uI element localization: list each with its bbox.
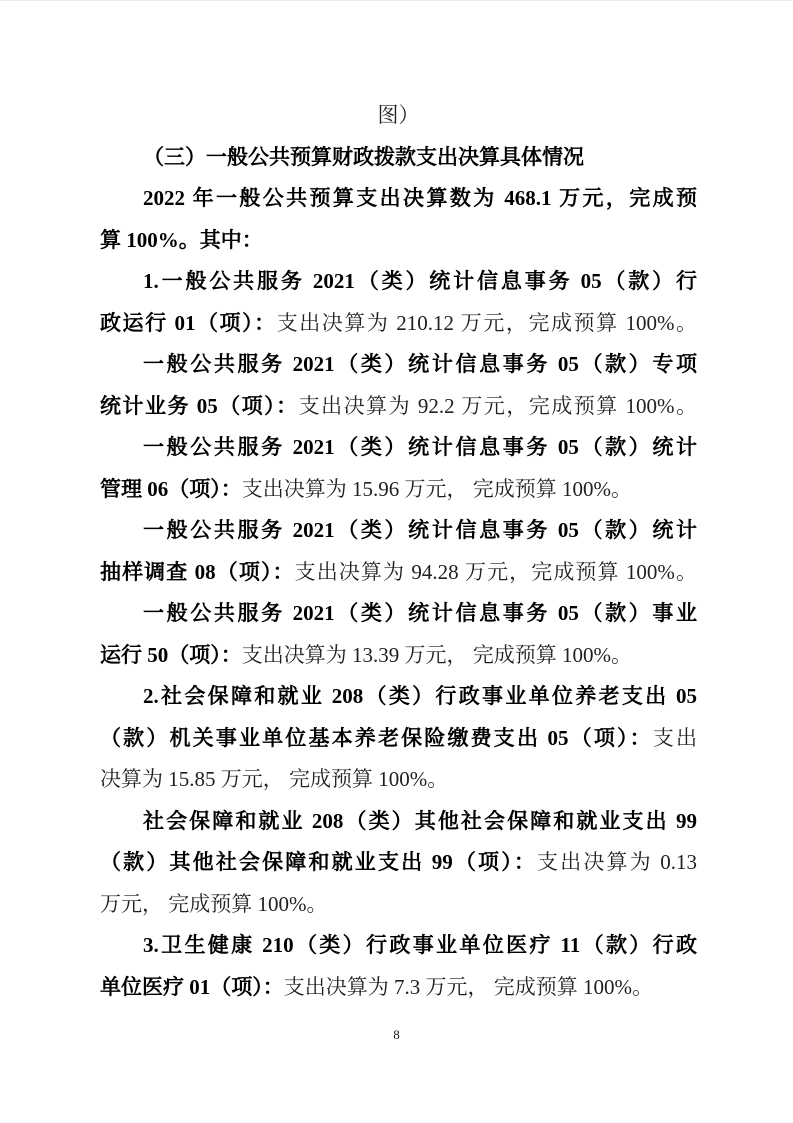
- document-line: （款）其他社会保障和就业支出 99（项）：支出决算为 0.13: [100, 842, 697, 884]
- document-line: 一般公共服务 2021（类）统计信息事务 05（款）事业: [100, 593, 697, 635]
- document-line: 2022 年一般公共预算支出决算数为 468.1 万元，完成预: [100, 178, 697, 220]
- text-segment: 统计业务 05（项）：: [100, 394, 299, 418]
- text-segment: 运行 50（项）：: [100, 643, 242, 667]
- page-number: 8: [0, 1025, 793, 1045]
- document-line: （三）一般公共预算财政拨款支出决算具体情况: [100, 137, 697, 179]
- text-segment: 管理 06（项）：: [100, 477, 242, 501]
- document-line: 统计业务 05（项）：支出决算为 92.2 万元，完成预算 100%。: [100, 386, 697, 428]
- document-line: 一般公共服务 2021（类）统计信息事务 05（款）专项: [100, 344, 697, 386]
- document-line: 决算为 15.85 万元， 完成预算 100%。: [100, 759, 697, 801]
- text-segment: 3.卫生健康 210（类）行政事业单位医疗 11（款）行政: [143, 933, 697, 957]
- text-segment: 支出: [653, 726, 697, 750]
- document-line: 运行 50（项）：支出决算为 13.39 万元， 完成预算 100%。: [100, 635, 697, 677]
- text-segment: 一般公共服务 2021（类）统计信息事务 05（款）统计: [143, 518, 697, 542]
- text-segment: 支出决算为 92.2 万元，完成预算 100%。: [299, 394, 697, 418]
- text-segment: （款）机关事业单位基本养老保险缴费支出 05（项）：: [100, 726, 653, 750]
- text-segment: 一般公共服务 2021（类）统计信息事务 05（款）事业: [143, 601, 697, 625]
- document-line: 一般公共服务 2021（类）统计信息事务 05（款）统计: [100, 427, 697, 469]
- document-page: 图）（三）一般公共预算财政拨款支出决算具体情况2022 年一般公共预算支出决算数…: [0, 0, 793, 1123]
- document-line: 2.社会保障和就业 208（类）行政事业单位养老支出 05: [100, 676, 697, 718]
- text-segment: 算 100%。其中：: [100, 228, 263, 252]
- document-line: 抽样调查 08（项）：支出决算为 94.28 万元，完成预算 100%。: [100, 552, 697, 594]
- document-line: 万元， 完成预算 100%。: [100, 884, 697, 926]
- text-segment: 抽样调查 08（项）：: [100, 560, 295, 584]
- text-segment: 一般公共服务 2021（类）统计信息事务 05（款）专项: [143, 352, 697, 376]
- text-segment: 支出决算为 15.96 万元， 完成预算 100%。: [242, 477, 632, 501]
- text-segment: 社会保障和就业 208（类）其他社会保障和就业支出 99: [143, 809, 697, 833]
- text-segment: 图）: [378, 103, 420, 127]
- text-segment: 支出决算为 0.13: [537, 850, 697, 874]
- text-segment: 一般公共服务 2021（类）统计信息事务 05（款）统计: [143, 435, 697, 459]
- document-line: 3.卫生健康 210（类）行政事业单位医疗 11（款）行政: [100, 925, 697, 967]
- document-line: 1.一般公共服务 2021（类）统计信息事务 05（款）行: [100, 261, 697, 303]
- text-segment: 政运行 01（项）：: [100, 311, 277, 335]
- document-line: （款）机关事业单位基本养老保险缴费支出 05（项）：支出: [100, 718, 697, 760]
- text-segment: 万元， 完成预算 100%。: [100, 892, 328, 916]
- text-segment: 2.社会保障和就业 208（类）行政事业单位养老支出 05: [143, 684, 697, 708]
- document-line: 算 100%。其中：: [100, 220, 697, 262]
- document-line: 一般公共服务 2021（类）统计信息事务 05（款）统计: [100, 510, 697, 552]
- text-segment: 1.一般公共服务 2021（类）统计信息事务 05（款）行: [143, 269, 697, 293]
- text-segment: 2022 年一般公共预算支出决算数为 468.1 万元，完成预: [143, 186, 697, 210]
- text-segment: （款）其他社会保障和就业支出 99（项）：: [100, 850, 537, 874]
- text-segment: 决算为 15.85 万元， 完成预算 100%。: [100, 767, 448, 791]
- text-segment: 支出决算为 13.39 万元， 完成预算 100%。: [242, 643, 632, 667]
- text-segment: 支出决算为 94.28 万元，完成预算 100%。: [295, 560, 697, 584]
- document-line: 图）: [100, 95, 697, 137]
- text-segment: （三）一般公共预算财政拨款支出决算具体情况: [143, 145, 584, 169]
- document-body: 图）（三）一般公共预算财政拨款支出决算具体情况2022 年一般公共预算支出决算数…: [100, 95, 697, 1008]
- document-line: 单位医疗 01（项）：支出决算为 7.3 万元， 完成预算 100%。: [100, 967, 697, 1009]
- document-line: 政运行 01（项）：支出决算为 210.12 万元，完成预算 100%。: [100, 303, 697, 345]
- document-line: 管理 06（项）：支出决算为 15.96 万元， 完成预算 100%。: [100, 469, 697, 511]
- text-segment: 支出决算为 210.12 万元，完成预算 100%。: [277, 311, 697, 335]
- text-segment: 支出决算为 7.3 万元， 完成预算 100%。: [284, 975, 653, 999]
- document-line: 社会保障和就业 208（类）其他社会保障和就业支出 99: [100, 801, 697, 843]
- text-segment: 单位医疗 01（项）：: [100, 975, 284, 999]
